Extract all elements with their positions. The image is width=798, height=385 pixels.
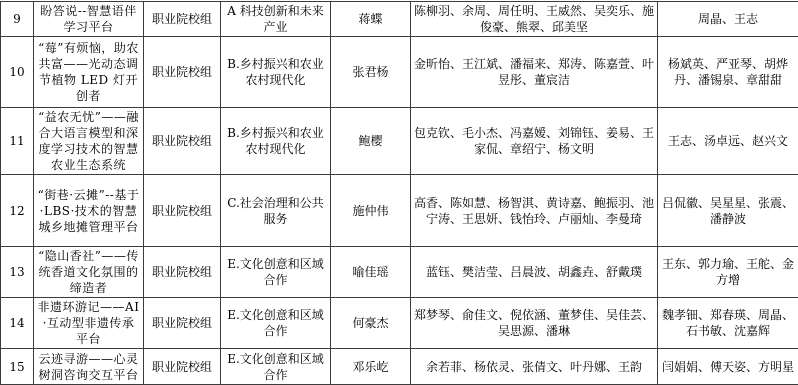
group-cell: 职业院校组 — [144, 108, 221, 175]
row-number-cell: 9 — [1, 2, 34, 37]
row-number-cell: 10 — [1, 37, 34, 108]
row-number-cell: 11 — [1, 108, 34, 175]
members-cell: 余若菲、杨依灵、张倩文、叶丹娜、王韵 — [411, 349, 658, 385]
advisors-cell: 王东、郭力瑜、王舵、金方增 — [658, 247, 798, 298]
category-cell: B.乡村振兴和农业农村现代化 — [221, 37, 331, 108]
table-row: 11 “益农无忧”——融合大语言模型和深度学习技术的智慧农业生态系统 职业院校组… — [1, 108, 798, 175]
table-row: 12 “街巷·云摊”--基于·LBS·技术的智慧城乡地摊管理平台 职业院校组 C… — [1, 175, 798, 247]
projects-table: 9 盼答说--智慧语伴学习平台 职业院校组 A 科技创新和未来产业 蒋蝶 陈柳羽… — [0, 1, 798, 385]
table-row: 10 “莓”有烦恼，助农共富——光动态调节植物 LED 灯开创者 职业院校组 B… — [1, 37, 798, 108]
project-name-cell: “益农无忧”——融合大语言模型和深度学习技术的智慧农业生态系统 — [34, 108, 144, 175]
advisors-cell: 魏孝钿、郑春瑛、周晶、石书敏、沈嘉辉 — [658, 298, 798, 349]
leader-cell: 喻佳瑶 — [331, 247, 411, 298]
project-name-cell: 非遗环游记——AI·互动型非遗传承平台 — [34, 298, 144, 349]
row-number-cell: 12 — [1, 175, 34, 247]
leader-cell: 鲍樱 — [331, 108, 411, 175]
members-cell: 包克钦、毛小杰、冯嘉嫒、刘锦钰、姜易、王家侃、章绍宁、杨文明 — [411, 108, 658, 175]
table-row: 13 “隐山香社”——传统香道文化氛围的缔造者 职业院校组 E.文化创意和区域合… — [1, 247, 798, 298]
advisors-cell: 吕侃徽、吴星星、张震、潘静波 — [658, 175, 798, 247]
project-name-cell: “隐山香社”——传统香道文化氛围的缔造者 — [34, 247, 144, 298]
advisors-cell: 周晶、王志 — [658, 2, 798, 37]
leader-cell: 张君杨 — [331, 37, 411, 108]
group-cell: 职业院校组 — [144, 175, 221, 247]
table-row: 15 云迹寻游——心灵树洞咨询交互平台 职业院校组 E.文化创意和区域合作 邓乐… — [1, 349, 798, 385]
group-cell: 职业院校组 — [144, 2, 221, 37]
row-number-cell: 15 — [1, 349, 34, 385]
members-cell: 郑梦琴、俞佳文、倪依涵、董梦佳、吴佳芸、吴思源、潘琳 — [411, 298, 658, 349]
leader-cell: 施仲伟 — [331, 175, 411, 247]
advisors-cell: 闫娟娟、傅天姿、方明星 — [658, 349, 798, 385]
category-cell: E.文化创意和区域合作 — [221, 247, 331, 298]
members-cell: 金昕怡、王江斌、潘福来、郑涛、陈嘉萱、叶昱彤、董宸洁 — [411, 37, 658, 108]
group-cell: 职业院校组 — [144, 349, 221, 385]
row-number-cell: 13 — [1, 247, 34, 298]
table-row: 14 非遗环游记——AI·互动型非遗传承平台 职业院校组 E.文化创意和区域合作… — [1, 298, 798, 349]
category-cell: E.文化创意和区域合作 — [221, 349, 331, 385]
category-cell: E.文化创意和区域合作 — [221, 298, 331, 349]
document-page: 9 盼答说--智慧语伴学习平台 职业院校组 A 科技创新和未来产业 蒋蝶 陈柳羽… — [0, 0, 798, 385]
leader-cell: 蒋蝶 — [331, 2, 411, 37]
project-name-cell: 盼答说--智慧语伴学习平台 — [34, 2, 144, 37]
leader-cell: 邓乐屹 — [331, 349, 411, 385]
project-name-cell: “莓”有烦恼，助农共富——光动态调节植物 LED 灯开创者 — [34, 37, 144, 108]
advisors-cell: 王志、汤卓远、赵兴文 — [658, 108, 798, 175]
project-name-cell: “街巷·云摊”--基于·LBS·技术的智慧城乡地摊管理平台 — [34, 175, 144, 247]
members-cell: 蓝钰、樊洁莹、吕晨波、胡鑫垚、舒戴璞 — [411, 247, 658, 298]
category-cell: C.社会治理和公共服务 — [221, 175, 331, 247]
advisors-cell: 杨斌英、严亚琴、胡烨丹、潘锡泉、章甜甜 — [658, 37, 798, 108]
leader-cell: 何豪杰 — [331, 298, 411, 349]
group-cell: 职业院校组 — [144, 298, 221, 349]
group-cell: 职业院校组 — [144, 37, 221, 108]
project-name-cell: 云迹寻游——心灵树洞咨询交互平台 — [34, 349, 144, 385]
members-cell: 陈柳羽、余周、周任明、王威然、吴奕乐、施俊豪、熊翠、邱美坚 — [411, 2, 658, 37]
table-row: 9 盼答说--智慧语伴学习平台 职业院校组 A 科技创新和未来产业 蒋蝶 陈柳羽… — [1, 2, 798, 37]
category-cell: A 科技创新和未来产业 — [221, 2, 331, 37]
row-number-cell: 14 — [1, 298, 34, 349]
group-cell: 职业院校组 — [144, 247, 221, 298]
category-cell: B.乡村振兴和农业农村现代化 — [221, 108, 331, 175]
members-cell: 高香、陈如慧、杨智淇、黄诗嘉、鲍振羽、池宁涛、王思妍、钱怡玲、卢丽灿、李曼琦 — [411, 175, 658, 247]
